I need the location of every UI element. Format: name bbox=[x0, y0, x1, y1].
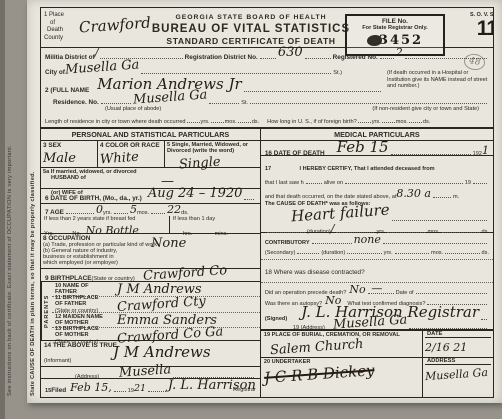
contributory-block: CONTRIBUTORY none (Secondary) (duration)… bbox=[261, 233, 493, 260]
last-saw-line: that I last saw h alive on 19 bbox=[265, 175, 489, 188]
mother-name-label: 12 MAIDEN NAME OF MOTHER bbox=[55, 314, 117, 326]
ds-label: ds. bbox=[423, 119, 430, 125]
occupation-row: 8 OCCUPATION (a) Trade, profession or pa… bbox=[41, 234, 260, 269]
militia-handwritten: / bbox=[95, 46, 99, 59]
age-sub-row: If less than 2 years state if breast fed… bbox=[41, 216, 260, 233]
dob-handwritten: Aug 24 – 1920 bbox=[148, 186, 243, 201]
age-values-line: 7 AGE 0 yrs. 5 mos. 22 ds. bbox=[41, 204, 260, 216]
certificate-border-box: 1 Place of Death County Crawford GEORGIA… bbox=[40, 7, 494, 398]
occupation-handwritten: None bbox=[151, 236, 186, 251]
undertaker-address-cell: ADDRESS Musella Ga bbox=[422, 358, 493, 397]
place-label-1: 1 Place bbox=[44, 12, 64, 20]
contracted-block: 18 Where was disease contracted? — bbox=[261, 260, 493, 283]
reg-district-handwritten: 630 bbox=[278, 45, 303, 60]
registered-handwritten: 2 bbox=[396, 46, 403, 59]
dotted-line bbox=[347, 245, 381, 254]
father-name-label-2: FATHER bbox=[55, 289, 117, 295]
header-titles: GEORGIA STATE BOARD OF HEALTH BUREAU OF … bbox=[131, 14, 371, 46]
dotted-line bbox=[433, 189, 451, 198]
mos-label: mos. bbox=[225, 119, 237, 125]
city-label: City of bbox=[45, 69, 65, 76]
birthplace-label: 9 BIRTHPLACE bbox=[45, 275, 92, 282]
spouse-label-2: HUSBAND of bbox=[43, 175, 258, 181]
dotted-line bbox=[368, 285, 394, 294]
age-label: 7 AGE bbox=[45, 209, 64, 216]
death-certificate-scan: { "margin": { "outer_note": "See instruc… bbox=[0, 0, 502, 419]
undertaker-address-handwritten: Musella Ga bbox=[425, 366, 489, 383]
father-birthplace-row: 11 BIRTHPLACE OF FATHER (State or countr… bbox=[52, 297, 260, 313]
residence-label: Residence. No. bbox=[53, 99, 99, 106]
dotted-line bbox=[244, 83, 381, 92]
dod-year-prefix: 192 bbox=[473, 151, 482, 157]
dotted-line bbox=[312, 235, 352, 244]
dotted-line bbox=[473, 175, 487, 184]
certify-text: I HEREBY CERTIFY, That I attended deceas… bbox=[300, 166, 435, 172]
father-name-label: 10 NAME OF FATHER bbox=[55, 283, 117, 295]
breastfed-handwritten: No Bottle bbox=[86, 224, 139, 237]
parents-rows: 10 NAME OF FATHER J M Andrews 11 BIRTHPL… bbox=[52, 282, 260, 340]
dotted-line bbox=[387, 224, 425, 233]
death-time-handwritten: 8.30 a bbox=[396, 187, 431, 200]
burial-label: 19 PLACE OF BURIAL, CREMATION, OR REMOVA… bbox=[264, 332, 419, 338]
certificate-title: STANDARD CERTIFICATE OF DEATH bbox=[131, 36, 371, 46]
dotted-line bbox=[380, 50, 394, 59]
sex-label: 3 SEX bbox=[43, 142, 95, 149]
dotted-line bbox=[66, 205, 94, 214]
contributory-line: CONTRIBUTORY none bbox=[265, 234, 489, 245]
residence-row: Residence. No. Musella Ga St. bbox=[41, 93, 493, 106]
burial-date-handwritten: 2/16 21 bbox=[425, 341, 467, 354]
filed-row: 15 Filed Feb 15, 19 21 J. L. Harrison Re… bbox=[41, 379, 260, 397]
death-occurred-line: and that death occurred, on the date sta… bbox=[265, 188, 489, 201]
dotted-line bbox=[267, 224, 305, 233]
dotted-line bbox=[392, 212, 487, 221]
mother-name-label-2: OF MOTHER bbox=[55, 320, 117, 326]
burial-cell: 19 PLACE OF BURIAL, CREMATION, OR REMOVA… bbox=[261, 331, 422, 357]
dotted-line bbox=[151, 205, 165, 214]
parents-block: PARENTS 10 NAME OF FATHER J M Andrews 11… bbox=[41, 282, 260, 341]
certify-line-1: 17 I HEREBY CERTIFY, That I attended dec… bbox=[265, 157, 489, 175]
dotted-line bbox=[305, 50, 331, 59]
margin-note-outer: See instructions on back of certificate.… bbox=[7, 16, 13, 396]
ink-blot bbox=[367, 35, 382, 46]
dotted-line bbox=[383, 235, 487, 244]
dotted-line bbox=[306, 175, 322, 184]
informant-label: (Informant) bbox=[44, 358, 71, 364]
file-note-label: For State Registrar Only. bbox=[347, 25, 443, 31]
form-number: 11 bbox=[477, 17, 494, 41]
file-no-label: FILE No. bbox=[347, 18, 443, 25]
operation-block: Did an operation precede death? No Date … bbox=[261, 283, 493, 318]
item-17-number: 17 bbox=[265, 166, 271, 172]
dotted-line bbox=[211, 115, 224, 123]
undertaker-row: 20 UNDERTAKER J C R B Dickey ADDRESS Mus… bbox=[261, 358, 493, 397]
dotted-line bbox=[173, 369, 253, 378]
dotted-line bbox=[260, 50, 276, 59]
age-mos-label: mos. bbox=[137, 210, 149, 216]
particulars-columns: PERSONAL AND STATISTICAL PARTICULARS 3 S… bbox=[41, 129, 493, 397]
marital-label: 5 Single, Married, Widowed, or Divorced … bbox=[167, 142, 258, 154]
color-handwritten: White bbox=[100, 150, 140, 168]
dob-row: 6 DATE OF BIRTH, (Mo., da., yr.) Aug 24 … bbox=[41, 189, 260, 204]
bureau-title: BUREAU OF VITAL STATISTICS bbox=[131, 23, 371, 35]
less-than-day-cell: If less than 1 day hrs. mins. bbox=[169, 216, 260, 233]
dotted-line bbox=[409, 115, 422, 123]
duration2-mos-label: mos. bbox=[431, 250, 443, 256]
militia-label: Militia District of bbox=[45, 54, 95, 61]
breastfed-cell: If less than 2 years state if breast fed… bbox=[41, 216, 169, 233]
burial-row: 19 PLACE OF BURIAL, CREMATION, OR REMOVA… bbox=[261, 331, 493, 358]
duration-line-2: (Secondary) (duration) yrs. mos. ds. bbox=[265, 245, 489, 256]
nonresident-note: (If non-resident give city or town and S… bbox=[372, 106, 479, 112]
secondary-label: (Secondary) bbox=[265, 250, 295, 256]
parents-vertical-label: PARENTS bbox=[41, 282, 52, 340]
address-column-label: ADDRESS bbox=[425, 358, 491, 365]
age-row: 7 AGE 0 yrs. 5 mos. 22 ds. If less than … bbox=[41, 204, 260, 234]
dotted-line bbox=[416, 285, 487, 294]
dotted-line bbox=[409, 320, 487, 329]
dotted-line bbox=[297, 245, 319, 254]
dotted-line bbox=[114, 205, 128, 214]
sex-cell: 3 SEX Male bbox=[41, 141, 98, 167]
dotted-line bbox=[100, 50, 182, 59]
age-yrs-label: yrs. bbox=[103, 210, 112, 216]
color-cell: 4 COLOR OR RACE White bbox=[98, 141, 165, 167]
undertaker-handwritten: J C R B Dickey bbox=[263, 361, 375, 387]
length-label: Length of residence in city or town wher… bbox=[45, 119, 186, 125]
contracted-line: 18 Where was disease contracted? bbox=[265, 261, 489, 279]
dotted-line bbox=[250, 95, 487, 104]
date-column-label: DATE bbox=[425, 331, 491, 338]
duration2-yrs-label: yrs. bbox=[384, 250, 393, 256]
date-of-death-row: 16 DATE OF DEATH Feb 15 192 1 bbox=[261, 141, 493, 156]
dob-label: 6 DATE OF BIRTH, (Mo., da., yr.) bbox=[45, 195, 142, 202]
place-of-death-block: 1 Place of Death County bbox=[44, 12, 64, 42]
dotted-line bbox=[148, 383, 166, 392]
length-of-residence-row: Length of residence in city or town wher… bbox=[41, 115, 493, 129]
street-suffix: St.) bbox=[333, 70, 342, 76]
alive-on-label: alive on bbox=[324, 180, 343, 186]
dotted-line bbox=[391, 146, 471, 155]
dotted-line bbox=[187, 115, 200, 123]
dotted-line bbox=[336, 224, 374, 233]
undertaker-cell: 20 UNDERTAKER J C R B Dickey bbox=[261, 358, 422, 397]
dotted-line bbox=[238, 115, 251, 123]
reg-district-label: Registration District No. bbox=[185, 54, 258, 61]
margin-note-inner: State CAUSE OF DEATH in plain terms, so … bbox=[30, 16, 36, 396]
operation-line: Did an operation precede death? No Date … bbox=[265, 284, 489, 295]
yrs-label: yrs. bbox=[201, 119, 210, 125]
filed-year-handwritten: 21 bbox=[134, 383, 146, 394]
dotted-line bbox=[442, 224, 480, 233]
duration2-ds-label: ds. bbox=[482, 250, 489, 256]
yrs-label: yrs. bbox=[372, 119, 381, 125]
dotted-line bbox=[405, 50, 487, 59]
age-mos-handwritten: 5 bbox=[130, 203, 137, 216]
place-label-3: Death bbox=[44, 27, 64, 35]
date-of-death-label: 16 DATE OF DEATH bbox=[265, 150, 325, 157]
personal-column: PERSONAL AND STATISTICAL PARTICULARS 3 S… bbox=[41, 129, 261, 397]
contracted-label: 18 Where was disease contracted? bbox=[265, 269, 365, 276]
address-19-label: 19 (Address) bbox=[293, 325, 325, 331]
filed-date-handwritten: Feb 15, bbox=[70, 381, 112, 394]
dod-year-handwritten: 1 bbox=[482, 144, 489, 157]
date-of-death-handwritten: Feb 15 bbox=[337, 138, 389, 156]
scan-dark-edge bbox=[0, 0, 5, 419]
foreign-birth-label: How long in U. S., if of foreign birth? bbox=[267, 119, 357, 125]
burial-date-cell: DATE 2/16 21 bbox=[422, 331, 493, 357]
age-yrs-handwritten: 0 bbox=[96, 203, 103, 216]
mos-label: mos. bbox=[396, 119, 408, 125]
contributory-handwritten: none bbox=[354, 233, 381, 246]
filed-label: Filed bbox=[51, 387, 66, 394]
color-label: 4 COLOR OR RACE bbox=[100, 142, 162, 149]
father-birthplace-label: 11 BIRTHPLACE OF FATHER (State or countr… bbox=[55, 295, 117, 313]
cause-line: Heart failure bbox=[265, 207, 489, 223]
certify-block: 17 I HEREBY CERTIFY, That I attended dec… bbox=[261, 156, 493, 233]
certificate-header: 1 Place of Death County Crawford GEORGIA… bbox=[41, 8, 493, 48]
place-label-4: County bbox=[44, 35, 64, 43]
burial-handwritten: Salem Church bbox=[269, 337, 363, 358]
dotted-line bbox=[114, 383, 126, 392]
registered-label: Registered No. bbox=[333, 54, 378, 61]
dotted-line bbox=[358, 115, 371, 123]
age-ds-handwritten: 22 bbox=[167, 203, 181, 216]
sex-color-marital-row: 3 SEX Male 4 COLOR OR RACE White 5 Singl… bbox=[41, 141, 260, 168]
ds-label: ds. bbox=[252, 119, 259, 125]
dotted-line bbox=[141, 65, 331, 74]
dotted-line bbox=[395, 245, 429, 254]
m-label: m. bbox=[453, 194, 459, 200]
fullname-row: 2 (FULL NAME Marion Andrews Jr bbox=[41, 78, 493, 93]
marital-cell: 5 Single, Married, Widowed, or Divorced … bbox=[165, 141, 260, 167]
top-section: (If death occurred in a Hospital or Inst… bbox=[41, 48, 493, 129]
medical-column: MEDICAL PARTICULARS 16 DATE OF DEATH Feb… bbox=[261, 129, 493, 397]
sex-handwritten: Male bbox=[43, 151, 76, 166]
registrar-signature-block: J. L. Harrison Registrar bbox=[168, 379, 256, 397]
age-ds-label: ds. bbox=[181, 210, 188, 216]
death-occurred-label: and that death occurred, on the date sta… bbox=[265, 194, 397, 200]
personal-section-title: PERSONAL AND STATISTICAL PARTICULARS bbox=[41, 129, 260, 141]
residence-subnotes-row: (Usual place of abode) (If non-resident … bbox=[41, 106, 493, 115]
dotted-line bbox=[345, 175, 463, 184]
birthplace-sub-label: (State or country) bbox=[92, 276, 135, 282]
board-title: GEORGIA STATE BOARD OF HEALTH bbox=[131, 14, 371, 21]
dotted-line bbox=[445, 245, 479, 254]
last-saw-label: that I last saw h bbox=[265, 180, 304, 186]
duration-handwritten: / bbox=[331, 222, 335, 235]
dotted-line bbox=[244, 191, 253, 200]
dotted-line bbox=[101, 95, 131, 104]
dotted-line bbox=[382, 115, 395, 123]
registrar-signature-handwritten: J. L. Harrison bbox=[168, 378, 256, 393]
operation-handwritten: No bbox=[349, 283, 365, 296]
informant-address-handwritten: Musella bbox=[119, 362, 172, 381]
birthplace-row: 9 BIRTHPLACE (State or country) Crawford… bbox=[41, 269, 260, 282]
year-19-label: 19 bbox=[465, 180, 471, 186]
place-label-2: of bbox=[44, 20, 64, 28]
dotted-line bbox=[209, 95, 239, 104]
duration-label-2: (duration) bbox=[321, 250, 345, 256]
informant-handwritten: J M Andrews bbox=[113, 343, 211, 361]
